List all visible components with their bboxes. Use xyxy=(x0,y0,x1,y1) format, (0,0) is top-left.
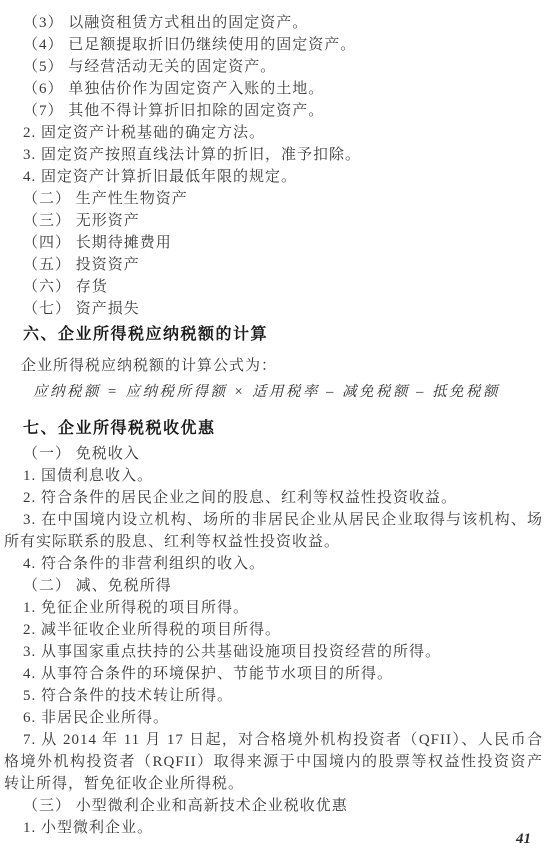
list-item-asset-6: （6） 单独估价作为固定资产入账的土地。 xyxy=(4,78,543,100)
formula-intro-paragraph: 企业所得税应纳税额的计算公式为： xyxy=(4,355,543,377)
list-item-reduced-1: 1. 免征企业所得税的项目所得。 xyxy=(4,597,543,619)
list-item-reduced-2: 2. 减半征收企业所得税的项目所得。 xyxy=(4,619,543,641)
list-item-asset-5: （5） 与经营活动无关的固定资产。 xyxy=(4,56,543,78)
list-item-taxfree-2: 2. 符合条件的居民企业之间的股息、红利等权益性投资收益。 xyxy=(4,487,543,509)
section-heading-6: 六、企业所得税应纳税额的计算 xyxy=(4,324,543,346)
list-item-point-3: 3. 固定资产按照直线法计算的折旧，准予扣除。 xyxy=(4,144,543,166)
list-item-category-5: （五） 投资资产 xyxy=(4,254,543,276)
list-item-reduced-3: 3. 从事国家重点扶持的公共基础设施项目投资经营的所得。 xyxy=(4,641,543,663)
list-item-category-4: （四） 长期待摊费用 xyxy=(4,232,543,254)
list-item-asset-4: （4） 已足额提取折旧仍继续使用的固定资产。 xyxy=(4,34,543,56)
list-item-category-3: （三） 无形资产 xyxy=(4,210,543,232)
tax-payable-formula: 应纳税额 = 应纳税所得额 × 适用税率 – 减免税额 – 抵免税额 xyxy=(4,381,529,403)
subsection-label-small-enterprise: （三） 小型微利企业和高新技术企业税收优惠 xyxy=(4,795,543,817)
list-item-taxfree-1: 1. 国债利息收入。 xyxy=(4,465,543,487)
list-item-category-2: （二） 生产性生物资产 xyxy=(4,188,543,210)
page-number: 41 xyxy=(516,831,531,848)
page-content: （3） 以融资租赁方式租出的固定资产。 （4） 已足额提取折旧仍继续使用的固定资… xyxy=(0,0,553,839)
section-heading-7: 七、企业所得税税收优惠 xyxy=(4,418,543,440)
list-item-reduced-4: 4. 从事符合条件的环境保护、节能节水项目的所得。 xyxy=(4,663,543,685)
subsection-label-tax-free-income: （一） 免税收入 xyxy=(4,443,543,465)
list-item-reduced-6: 6. 非居民企业所得。 xyxy=(4,707,543,729)
subsection-label-reduced-income: （二） 减、免税所得 xyxy=(4,575,543,597)
list-item-small-enterprise-1: 1. 小型微利企业。 xyxy=(4,817,543,839)
list-item-reduced-5: 5. 符合条件的技术转让所得。 xyxy=(4,685,543,707)
list-item-category-6: （六） 存货 xyxy=(4,276,543,298)
list-item-reduced-7: 7. 从 2014 年 11 月 17 日起，对合格境外机构投资者（QFII）、… xyxy=(4,729,543,795)
list-item-category-7: （七） 资产损失 xyxy=(4,298,543,320)
list-item-asset-3: （3） 以融资租赁方式租出的固定资产。 xyxy=(4,12,543,34)
document-page: （3） 以融资租赁方式租出的固定资产。 （4） 已足额提取折旧仍继续使用的固定资… xyxy=(0,0,553,858)
list-item-asset-7: （7） 其他不得计算折旧扣除的固定资产。 xyxy=(4,100,543,122)
list-item-point-2: 2. 固定资产计税基础的确定方法。 xyxy=(4,122,543,144)
list-item-point-4: 4. 固定资产计算折旧最低年限的规定。 xyxy=(4,166,543,188)
list-item-taxfree-3: 3. 在中国境内设立机构、场所的非居民企业从居民企业取得与该机构、场所有实际联系… xyxy=(4,509,543,553)
list-item-taxfree-4: 4. 符合条件的非营利组织的收入。 xyxy=(4,553,543,575)
